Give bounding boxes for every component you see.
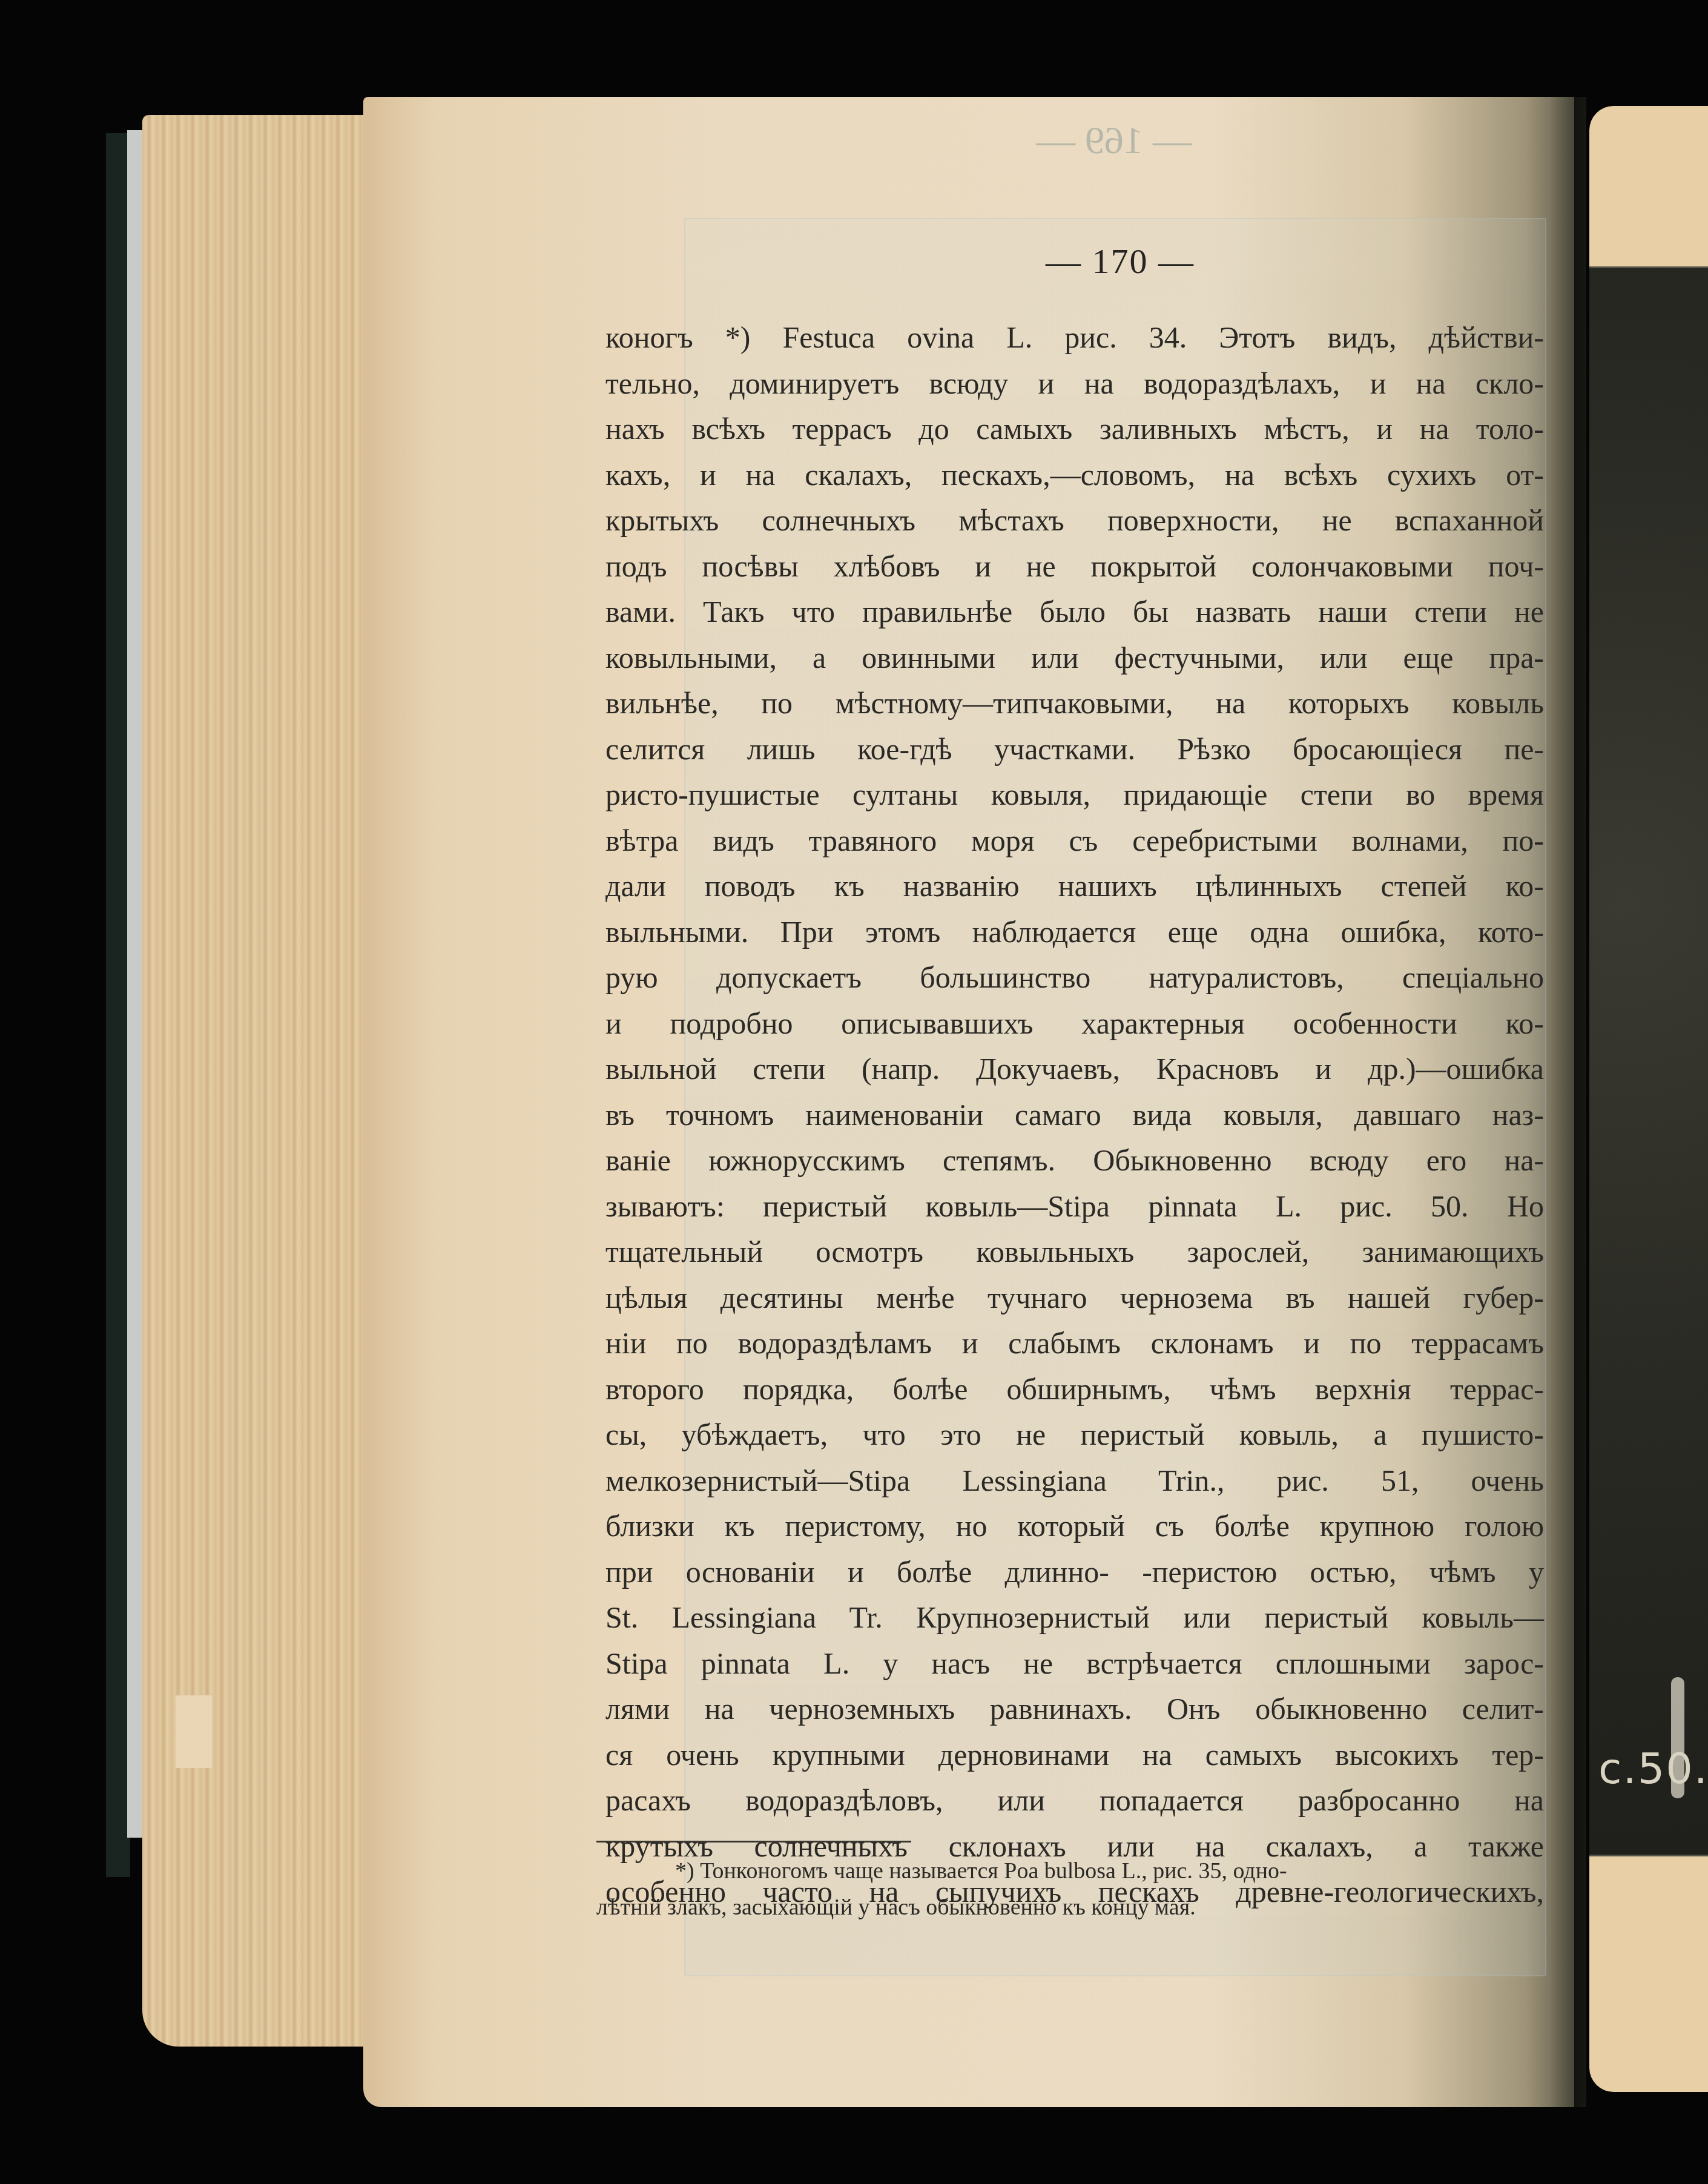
- page-tab: [176, 1695, 212, 1768]
- text-line: St. Lessingiana Tr. Крупнозернистый или …: [605, 1595, 1544, 1641]
- plate-label: с.50.: [1598, 1744, 1708, 1793]
- text-line: Stipa pinnata L. у насъ не встрѣчается с…: [605, 1641, 1544, 1687]
- text-line: ся очень крупными дерновинами на самыхъ …: [605, 1732, 1544, 1778]
- facing-plate-illustration: [1589, 266, 1708, 1856]
- text-line: близки къ перистому, но который съ болѣе…: [605, 1503, 1544, 1549]
- gutter-shadow: [1550, 97, 1586, 2107]
- text-line: лями на черноземныхъ равнинахъ. Онъ обык…: [605, 1686, 1544, 1732]
- text-line: расахъ водораздѣловъ, или попадается раз…: [605, 1778, 1544, 1824]
- text-line: тщательный осмотръ ковыльныхъ зарослей, …: [605, 1229, 1544, 1275]
- text-line: тельно, доминируетъ всюду и на водораздѣ…: [605, 361, 1544, 407]
- text-line: зываютъ: перистый ковыль—Stipa pinnata L…: [605, 1184, 1544, 1230]
- text-line: въ точномъ наименованіи самаго вида ковы…: [605, 1092, 1544, 1138]
- text-line: нахъ всѣхъ террасъ до самыхъ заливныхъ м…: [605, 406, 1544, 452]
- text-line: ніи по водораздѣламъ и слабымъ склонамъ …: [605, 1321, 1544, 1367]
- text-line: селится лишь кое-гдѣ участками. Рѣзко бр…: [605, 727, 1544, 773]
- footnote-line: лѣтній злакъ, засыхающій у насъ обыкнове…: [596, 1889, 1529, 1925]
- text-line: вѣтра видъ травяного моря съ серебристым…: [605, 818, 1544, 864]
- text-line: сы, убѣждаетъ, что это не перистый ковыл…: [605, 1412, 1544, 1458]
- text-line: вами. Такъ что правильнѣе было бы назват…: [605, 589, 1544, 635]
- page-number: — 170 —: [908, 241, 1332, 282]
- text-line: цѣлыя десятины менѣе тучнаго чернозема в…: [605, 1275, 1544, 1321]
- bleed-through-page-number: — 169 —: [1029, 118, 1199, 163]
- text-line: выльной степи (напр. Докучаевъ, Красновъ…: [605, 1046, 1544, 1092]
- body-text: коногъ *) Festuca ovina L. рис. 34. Этот…: [605, 315, 1544, 1915]
- text-line: крытыхъ солнечныхъ мѣстахъ поверхности, …: [605, 498, 1544, 544]
- text-line: ристо-пушистые султаны ковыля, придающіе…: [605, 772, 1544, 818]
- text-line: мелкозернистый—Stipa Lessingiana Trin., …: [605, 1458, 1544, 1504]
- text-line: ковыльными, а овинными или фестучными, и…: [605, 635, 1544, 681]
- footnote-line: *) Тонконогомъ чаще называется Poa bulbo…: [596, 1853, 1529, 1889]
- footnote-divider: [596, 1841, 911, 1843]
- text-line: кахъ, и на скалахъ, пескахъ,—словомъ, на…: [605, 452, 1544, 498]
- book-cover-edge: [106, 133, 130, 1877]
- text-line: выльными. При этомъ наблюдается еще одна…: [605, 909, 1544, 955]
- text-line: рую допускаетъ большинство натуралистовъ…: [605, 955, 1544, 1001]
- footnote: *) Тонконогомъ чаще называется Poa bulbo…: [596, 1853, 1529, 1925]
- text-line: коногъ *) Festuca ovina L. рис. 34. Этот…: [605, 315, 1544, 361]
- text-line: ваніе южнорусскимъ степямъ. Обыкновенно …: [605, 1138, 1544, 1184]
- text-line: второго порядка, болѣе обширнымъ, чѣмъ в…: [605, 1367, 1544, 1413]
- text-line: при основаніи и болѣе длинно- -перистою …: [605, 1549, 1544, 1595]
- text-line: подъ посѣвы хлѣбовъ и не покрытой солонч…: [605, 544, 1544, 590]
- text-line: дали поводъ къ названію нашихъ цѣлинныхъ…: [605, 863, 1544, 909]
- text-line: и подробно описывавшихъ характерныя особ…: [605, 1001, 1544, 1047]
- text-line: вильнѣе, по мѣстному—типчаковыми, на кот…: [605, 681, 1544, 727]
